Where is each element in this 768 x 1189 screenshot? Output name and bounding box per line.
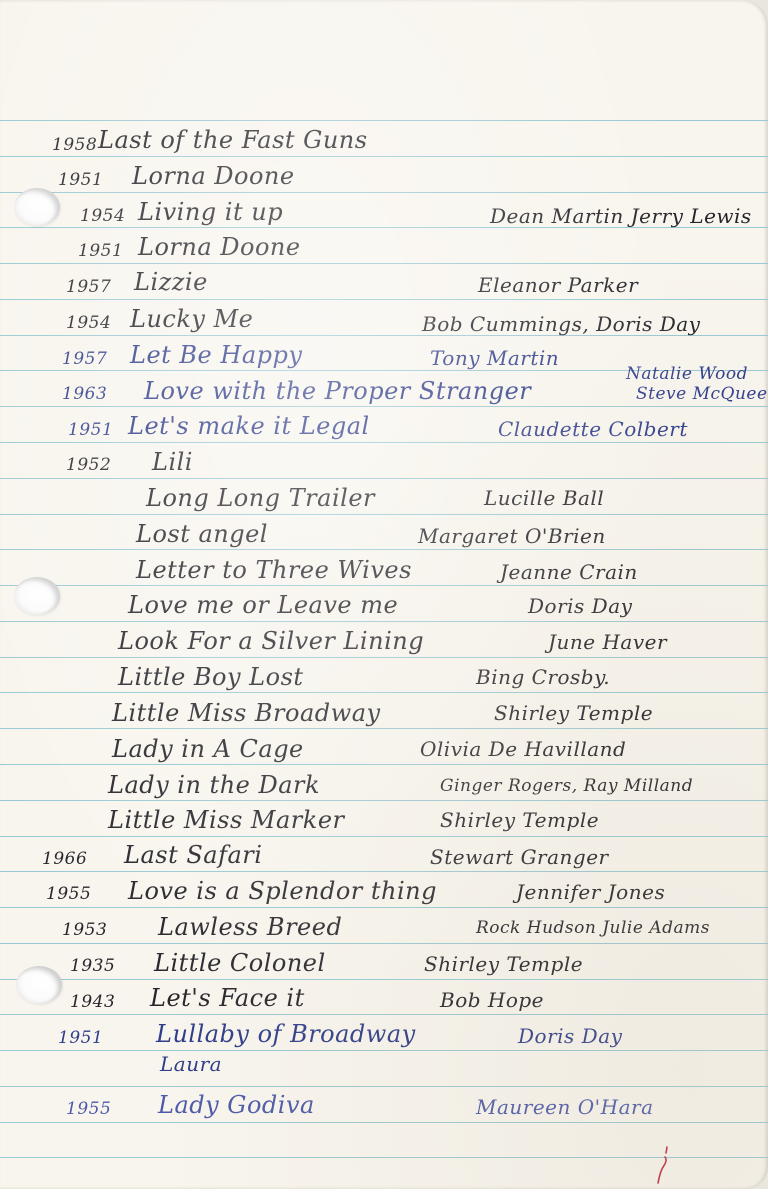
entry-title: Little Miss Marker	[108, 806, 345, 834]
entry-year: 1966	[42, 849, 87, 869]
entry-year: 1954	[66, 313, 111, 333]
ruled-line	[0, 907, 768, 908]
entry-title: Laura	[160, 1052, 222, 1076]
entry-stars: Tony Martin	[430, 346, 559, 370]
ruled-line	[0, 1086, 768, 1087]
ruled-line	[0, 263, 768, 264]
ruled-line	[0, 836, 768, 837]
ruled-line	[0, 192, 768, 193]
entry-title: Lost angel	[136, 520, 268, 548]
entry-year: 1943	[70, 992, 115, 1012]
entry-stars: Rock Hudson Julie Adams	[476, 918, 710, 938]
ruled-line	[0, 871, 768, 872]
ruled-line	[0, 621, 768, 622]
notebook-page: 1958 Last of the Fast Guns 1951 Lorna Do…	[0, 0, 768, 1189]
entry-title: Look For a Silver Lining	[118, 627, 424, 655]
entry-stars: Bing Crosby.	[476, 665, 610, 689]
entry-year: 1957	[62, 349, 107, 369]
entry-title: Living it up	[138, 198, 283, 226]
ruled-line	[0, 514, 768, 515]
entry-stars: Eleanor Parker	[478, 273, 638, 297]
entry-title: Love with the Proper Stranger	[144, 377, 531, 405]
entry-stars: Ginger Rogers, Ray Milland	[440, 776, 693, 796]
entry-title: Lady Godiva	[158, 1091, 315, 1119]
entry-title: Lady in A Cage	[112, 735, 304, 763]
entry-stars: Doris Day	[528, 594, 632, 618]
ruled-line	[0, 442, 768, 443]
entry-stars: Claudette Colbert	[498, 417, 688, 441]
binder-hole-bottom	[16, 966, 62, 1004]
ruled-line	[0, 156, 768, 157]
entry-title: Letter to Three Wives	[136, 556, 412, 584]
entry-stars: Shirley Temple	[494, 701, 653, 725]
entry-stars: Bob Cummings, Doris Day	[422, 312, 700, 336]
ruled-line	[0, 800, 768, 801]
entry-title: Let's Face it	[150, 984, 305, 1012]
entry-title: Lullaby of Broadway	[156, 1020, 416, 1048]
ruled-line	[0, 299, 768, 300]
ruled-line	[0, 478, 768, 479]
entry-year: 1951	[58, 1028, 103, 1048]
ruled-line	[0, 764, 768, 765]
entry-title: Lili	[152, 448, 193, 476]
entry-year: 1954	[80, 206, 125, 226]
entry-title: Love me or Leave me	[128, 591, 398, 619]
entry-year: 1955	[46, 884, 91, 904]
entry-title: Lorna Doone	[138, 233, 301, 261]
ruled-line	[0, 1050, 768, 1051]
binder-hole-top	[14, 188, 60, 226]
entry-year: 1952	[66, 455, 111, 475]
entry-stars: Shirley Temple	[440, 808, 599, 832]
entry-title: Let Be Happy	[130, 341, 302, 369]
entry-stars: Olivia De Havilland	[420, 737, 626, 761]
entry-stars-above: Natalie Wood	[626, 364, 748, 384]
entry-year: 1951	[58, 170, 103, 190]
ruled-line	[0, 728, 768, 729]
entry-title: Lorna Doone	[132, 162, 295, 190]
entry-year: 1935	[70, 956, 115, 976]
entry-stars: Stewart Granger	[430, 845, 609, 869]
entry-stars: Bob Hope	[440, 988, 544, 1012]
entry-stars: Jennifer Jones	[516, 880, 665, 904]
entry-stars: Steve McQueen	[636, 384, 768, 404]
red-pen-mark	[656, 1145, 672, 1185]
ruled-line	[0, 120, 768, 121]
entry-title: Little Colonel	[154, 949, 326, 977]
entry-year: 1951	[68, 420, 113, 440]
entry-title: Lizzie	[134, 268, 208, 296]
entry-title: Last Safari	[124, 841, 262, 869]
entry-title: Love is a Splendor thing	[128, 877, 437, 905]
ruled-line	[0, 979, 768, 980]
entry-year: 1955	[66, 1099, 111, 1119]
entry-title: Little Miss Broadway	[112, 699, 381, 727]
entry-stars: June Haver	[548, 630, 667, 654]
entry-year: 1953	[62, 920, 107, 940]
ruled-line	[0, 1157, 768, 1158]
ruled-line	[0, 585, 768, 586]
entry-stars: Maureen O'Hara	[476, 1095, 654, 1119]
entry-year: 1951	[78, 241, 123, 261]
entry-stars: Jeanne Crain	[500, 560, 638, 584]
ruled-line	[0, 692, 768, 693]
binder-hole-middle	[14, 577, 60, 615]
entry-stars: Margaret O'Brien	[418, 524, 606, 548]
entry-year: 1958	[52, 135, 97, 155]
ruled-line	[0, 406, 768, 407]
entry-year: 1957	[66, 277, 111, 297]
entry-title: Let's make it Legal	[128, 412, 370, 440]
entry-year: 1963	[62, 384, 107, 404]
entry-title: Lady in the Dark	[108, 771, 320, 799]
entry-title: Lucky Me	[130, 305, 253, 333]
ruled-line	[0, 943, 768, 944]
ruled-line	[0, 657, 768, 658]
ruled-line	[0, 1014, 768, 1015]
entry-title: Last of the Fast Guns	[98, 126, 368, 154]
entry-stars: Dean Martin Jerry Lewis	[490, 204, 752, 228]
ruled-line	[0, 1122, 768, 1123]
entry-title: Long Long Trailer	[146, 484, 375, 512]
entry-stars: Doris Day	[518, 1024, 622, 1048]
ruled-line	[0, 549, 768, 550]
entry-title: Lawless Breed	[158, 913, 342, 941]
entry-stars: Lucille Ball	[484, 486, 604, 510]
entry-title: Little Boy Lost	[118, 663, 304, 691]
entry-stars: Shirley Temple	[424, 952, 583, 976]
